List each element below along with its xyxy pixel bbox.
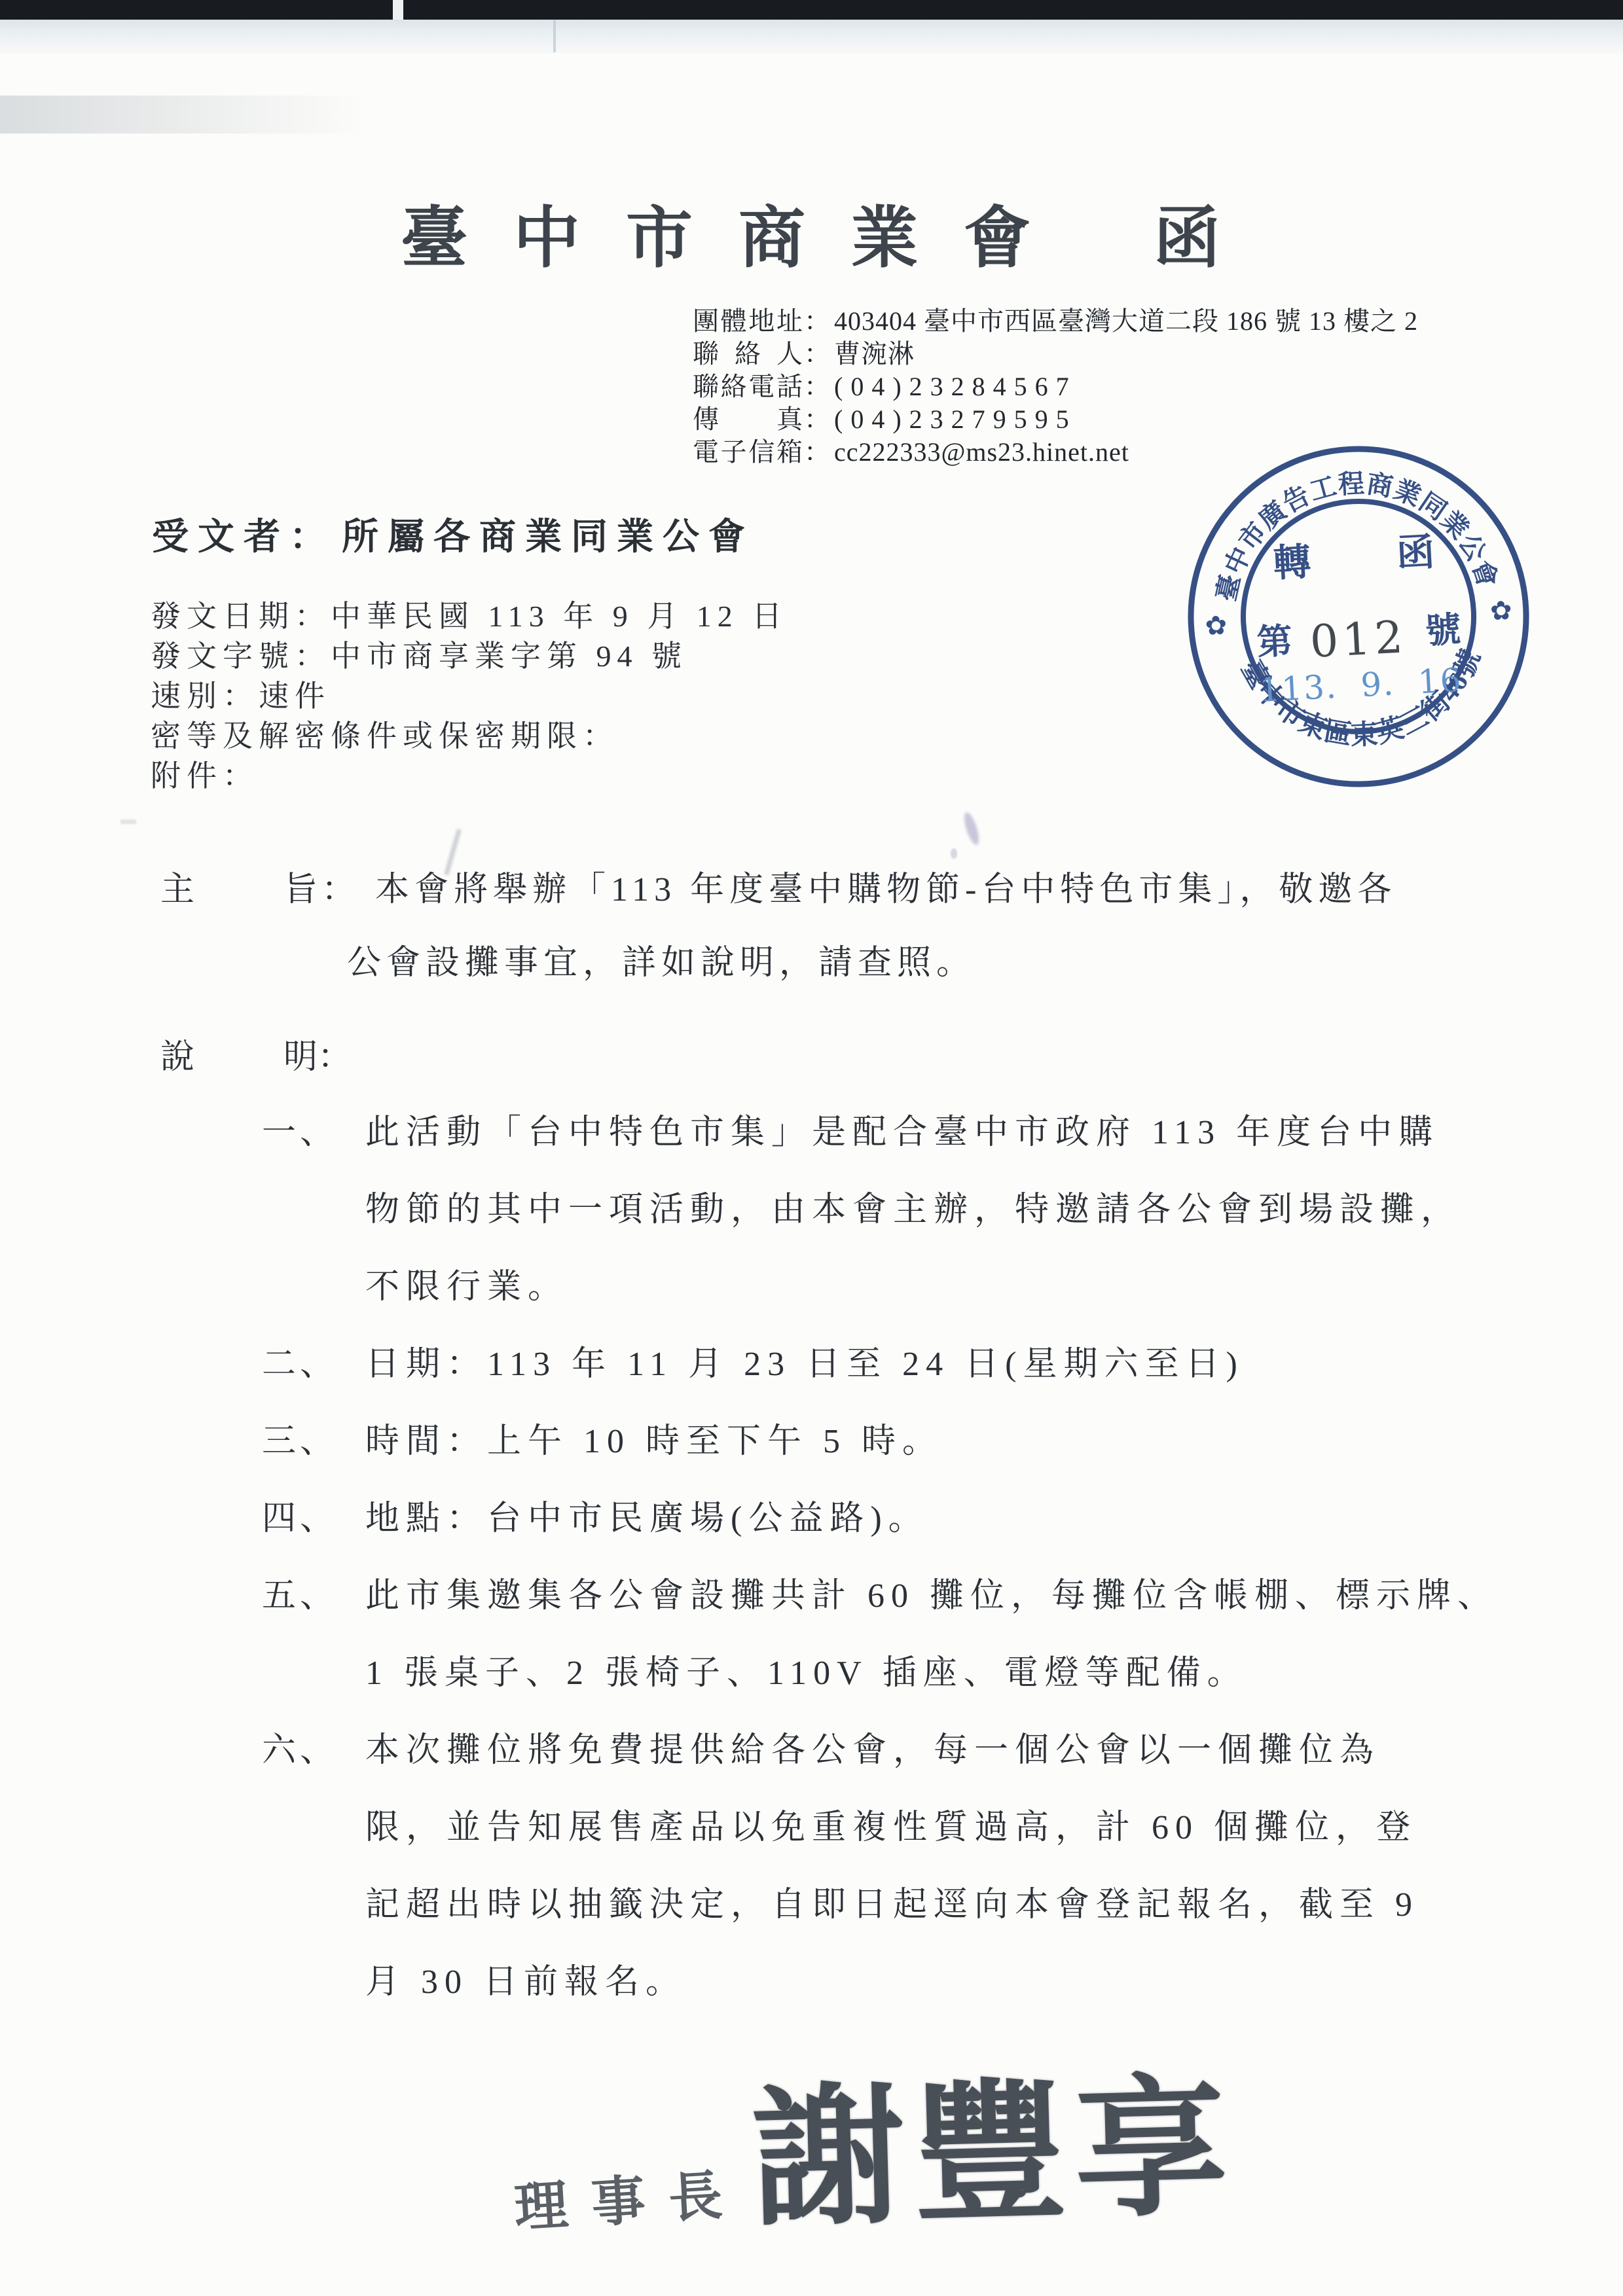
contact-person-value: 曹涴淋: [834, 338, 915, 370]
plum-blossom-icon: ✿: [1205, 611, 1228, 641]
contact-email-label: 電子信箱: [693, 436, 803, 469]
chairman-title: 理事長: [512, 2151, 748, 2242]
item-text: 時間：上午 10 時至下午 5 時。: [365, 1423, 943, 1460]
meta-issue-date: 發文日期：中華民國 113 年 9 月 12 日: [151, 596, 788, 636]
colon: ：: [318, 1021, 352, 1094]
list-item: 一、此活動「台中特色市集」是配合臺中市政府 113 年度台中購: [365, 1094, 1498, 1172]
recipient-label: 受文者: [152, 517, 289, 558]
subject-label: 主旨: [160, 853, 318, 927]
contact-fax-label: 傳真: [693, 403, 803, 436]
meta-security: 密等及解密條件或保密期限：: [151, 716, 788, 756]
list-item: 三、時間：上午 10 時至下午 5 時。: [365, 1403, 1498, 1480]
contact-phone-value: ( 0 4 ) 2 3 2 8 4 5 6 7: [834, 370, 1070, 403]
item-text: 此市集邀集各公會設攤共計 60 攤位，每攤位含帳棚、標示牌、: [365, 1577, 1498, 1615]
explanation-label: 說明: [160, 1021, 318, 1094]
colon: ：: [804, 403, 830, 436]
subject-line: 主旨：本會將舉辦「113 年度臺中購物節-台中特色市集」，敬邀各: [160, 853, 1396, 927]
list-item: 二、日期：113 年 11 月 23 日至 24 日(星期六至日): [365, 1326, 1498, 1403]
subject-text: 本會將舉辦「113 年度臺中購物節-台中特色市集」，敬邀各: [375, 853, 1396, 927]
colon: ：: [804, 338, 830, 370]
item-text: 地點：台中市民廣場(公益路)。: [365, 1500, 929, 1537]
item-number: 六、: [262, 1712, 338, 1789]
subject-block: 主旨：本會將舉辦「113 年度臺中購物節-台中特色市集」，敬邀各 公會設攤事宜，…: [160, 853, 1396, 1000]
scanned-letter-page: 臺中市商業會函 團體地址：403404 臺中市西區臺灣大道二段 186 號 13…: [0, 0, 1623, 2296]
item-number: 五、: [262, 1558, 338, 1635]
scan-artifact-smudge: [120, 819, 136, 824]
recipient-value: 所屬各商業同業公會: [342, 517, 754, 558]
meta-priority: 速別：速件: [151, 676, 788, 716]
stamp-number-suffix: 號: [1425, 610, 1462, 651]
item-number: 一、: [262, 1094, 338, 1172]
scan-artifact-smudge: [961, 811, 981, 846]
list-item: 六、本次攤位將免費提供給各公會，每一個公會以一個攤位為: [365, 1712, 1498, 1789]
plum-blossom-icon: ✿: [1489, 596, 1513, 626]
list-item: 四、地點：台中市民廣場(公益路)。: [365, 1480, 1498, 1558]
item-number: 四、: [262, 1480, 338, 1558]
item-text: 本次攤位將免費提供給各公會，每一個公會以一個攤位為: [365, 1732, 1380, 1769]
contact-address-label: 團體地址: [693, 305, 803, 338]
scan-artifact-notch: [393, 0, 403, 20]
scan-artifact-band: [0, 20, 1623, 54]
stamp-word-left: 轉: [1272, 541, 1312, 585]
contact-phone-label: 聯絡電話: [693, 370, 803, 403]
letter-title-suffix: 函: [1154, 202, 1266, 276]
stamp-number-prefix: 第: [1256, 621, 1293, 662]
colon: ：: [321, 853, 356, 927]
contact-fax-value: ( 0 4 ) 2 3 2 7 9 5 9 5: [834, 403, 1070, 436]
meta-doc-number: 發文字號：中市商享業字第 94 號: [151, 636, 788, 676]
contact-person-row: 聯絡人：曹涴淋: [693, 338, 1418, 370]
colon: ：: [804, 436, 830, 469]
scan-artifact-streak: [0, 96, 367, 134]
letter-title: 臺中市商業會函: [401, 185, 1266, 281]
contact-address-value: 403404 臺中市西區臺灣大道二段 186 號 13 樓之 2: [834, 305, 1418, 338]
item-number: 二、: [262, 1326, 338, 1403]
letter-title-main: 臺中市商業會: [401, 202, 1076, 276]
document-meta: 發文日期：中華民國 113 年 9 月 12 日 發文字號：中市商享業字第 94…: [151, 596, 788, 796]
item-text-continued: 記超出時以抽籤決定，自即日起逕向本會登記報名，截至 9: [365, 1867, 1498, 1944]
explanation-heading: 說明：: [160, 1021, 352, 1094]
contact-fax-row: 傳真：( 0 4 ) 2 3 2 7 9 5 9 5: [693, 403, 1418, 436]
stamp-number: 012: [1309, 611, 1408, 668]
transfer-stamp: 臺中市廣告工程商業同業公會 臺中市東區東英三街46號 ✿ ✿ 轉 函 第 012…: [1166, 424, 1552, 810]
item-text: 此活動「台中特色市集」是配合臺中市政府 113 年度台中購: [365, 1114, 1439, 1151]
colon: ：: [804, 370, 830, 403]
item-text-continued: 月 30 日前報名。: [365, 1944, 1498, 2021]
item-text-continued: 限，並告知展售產品以免重複性質過高，計 60 個攤位，登: [365, 1789, 1498, 1867]
meta-attachment: 附件：: [151, 756, 788, 796]
colon: ：: [289, 517, 335, 558]
contact-phone-row: 聯絡電話：( 0 4 ) 2 3 2 8 4 5 6 7: [693, 370, 1418, 403]
item-text-continued: 物節的其中一項活動，由本會主辦，特邀請各公會到場設攤，: [365, 1172, 1498, 1249]
item-number: 三、: [262, 1403, 338, 1480]
contact-address-row: 團體地址：403404 臺中市西區臺灣大道二段 186 號 13 樓之 2: [693, 305, 1418, 338]
recipient-line: 受文者：所屬各商業同業公會: [152, 508, 754, 560]
item-text-continued: 不限行業。: [365, 1249, 1498, 1326]
stamp-word-right: 函: [1395, 531, 1435, 575]
item-text-continued: 1 張桌子、2 張椅子、110V 插座、電燈等配備。: [365, 1635, 1498, 1712]
scan-artifact-top-bar: [0, 0, 1623, 20]
colon: ：: [804, 305, 830, 338]
explanation-items: 一、此活動「台中特色市集」是配合臺中市政府 113 年度台中購 物節的其中一項活…: [0, 1094, 1498, 2021]
item-text: 日期：113 年 11 月 23 日至 24 日(星期六至日): [365, 1346, 1244, 1383]
contact-person-label: 聯絡人: [693, 338, 803, 370]
scan-artifact-streak-vertical: [553, 20, 556, 52]
contact-email-value: cc222333@ms23.hinet.net: [834, 436, 1129, 469]
list-item: 五、此市集邀集各公會設攤共計 60 攤位，每攤位含帳棚、標示牌、: [365, 1558, 1498, 1635]
subject-text-continued: 公會設攤事宜，詳如說明，請查照。: [347, 927, 1396, 1000]
chairman-signature: 謝豐享: [751, 2062, 1239, 2249]
